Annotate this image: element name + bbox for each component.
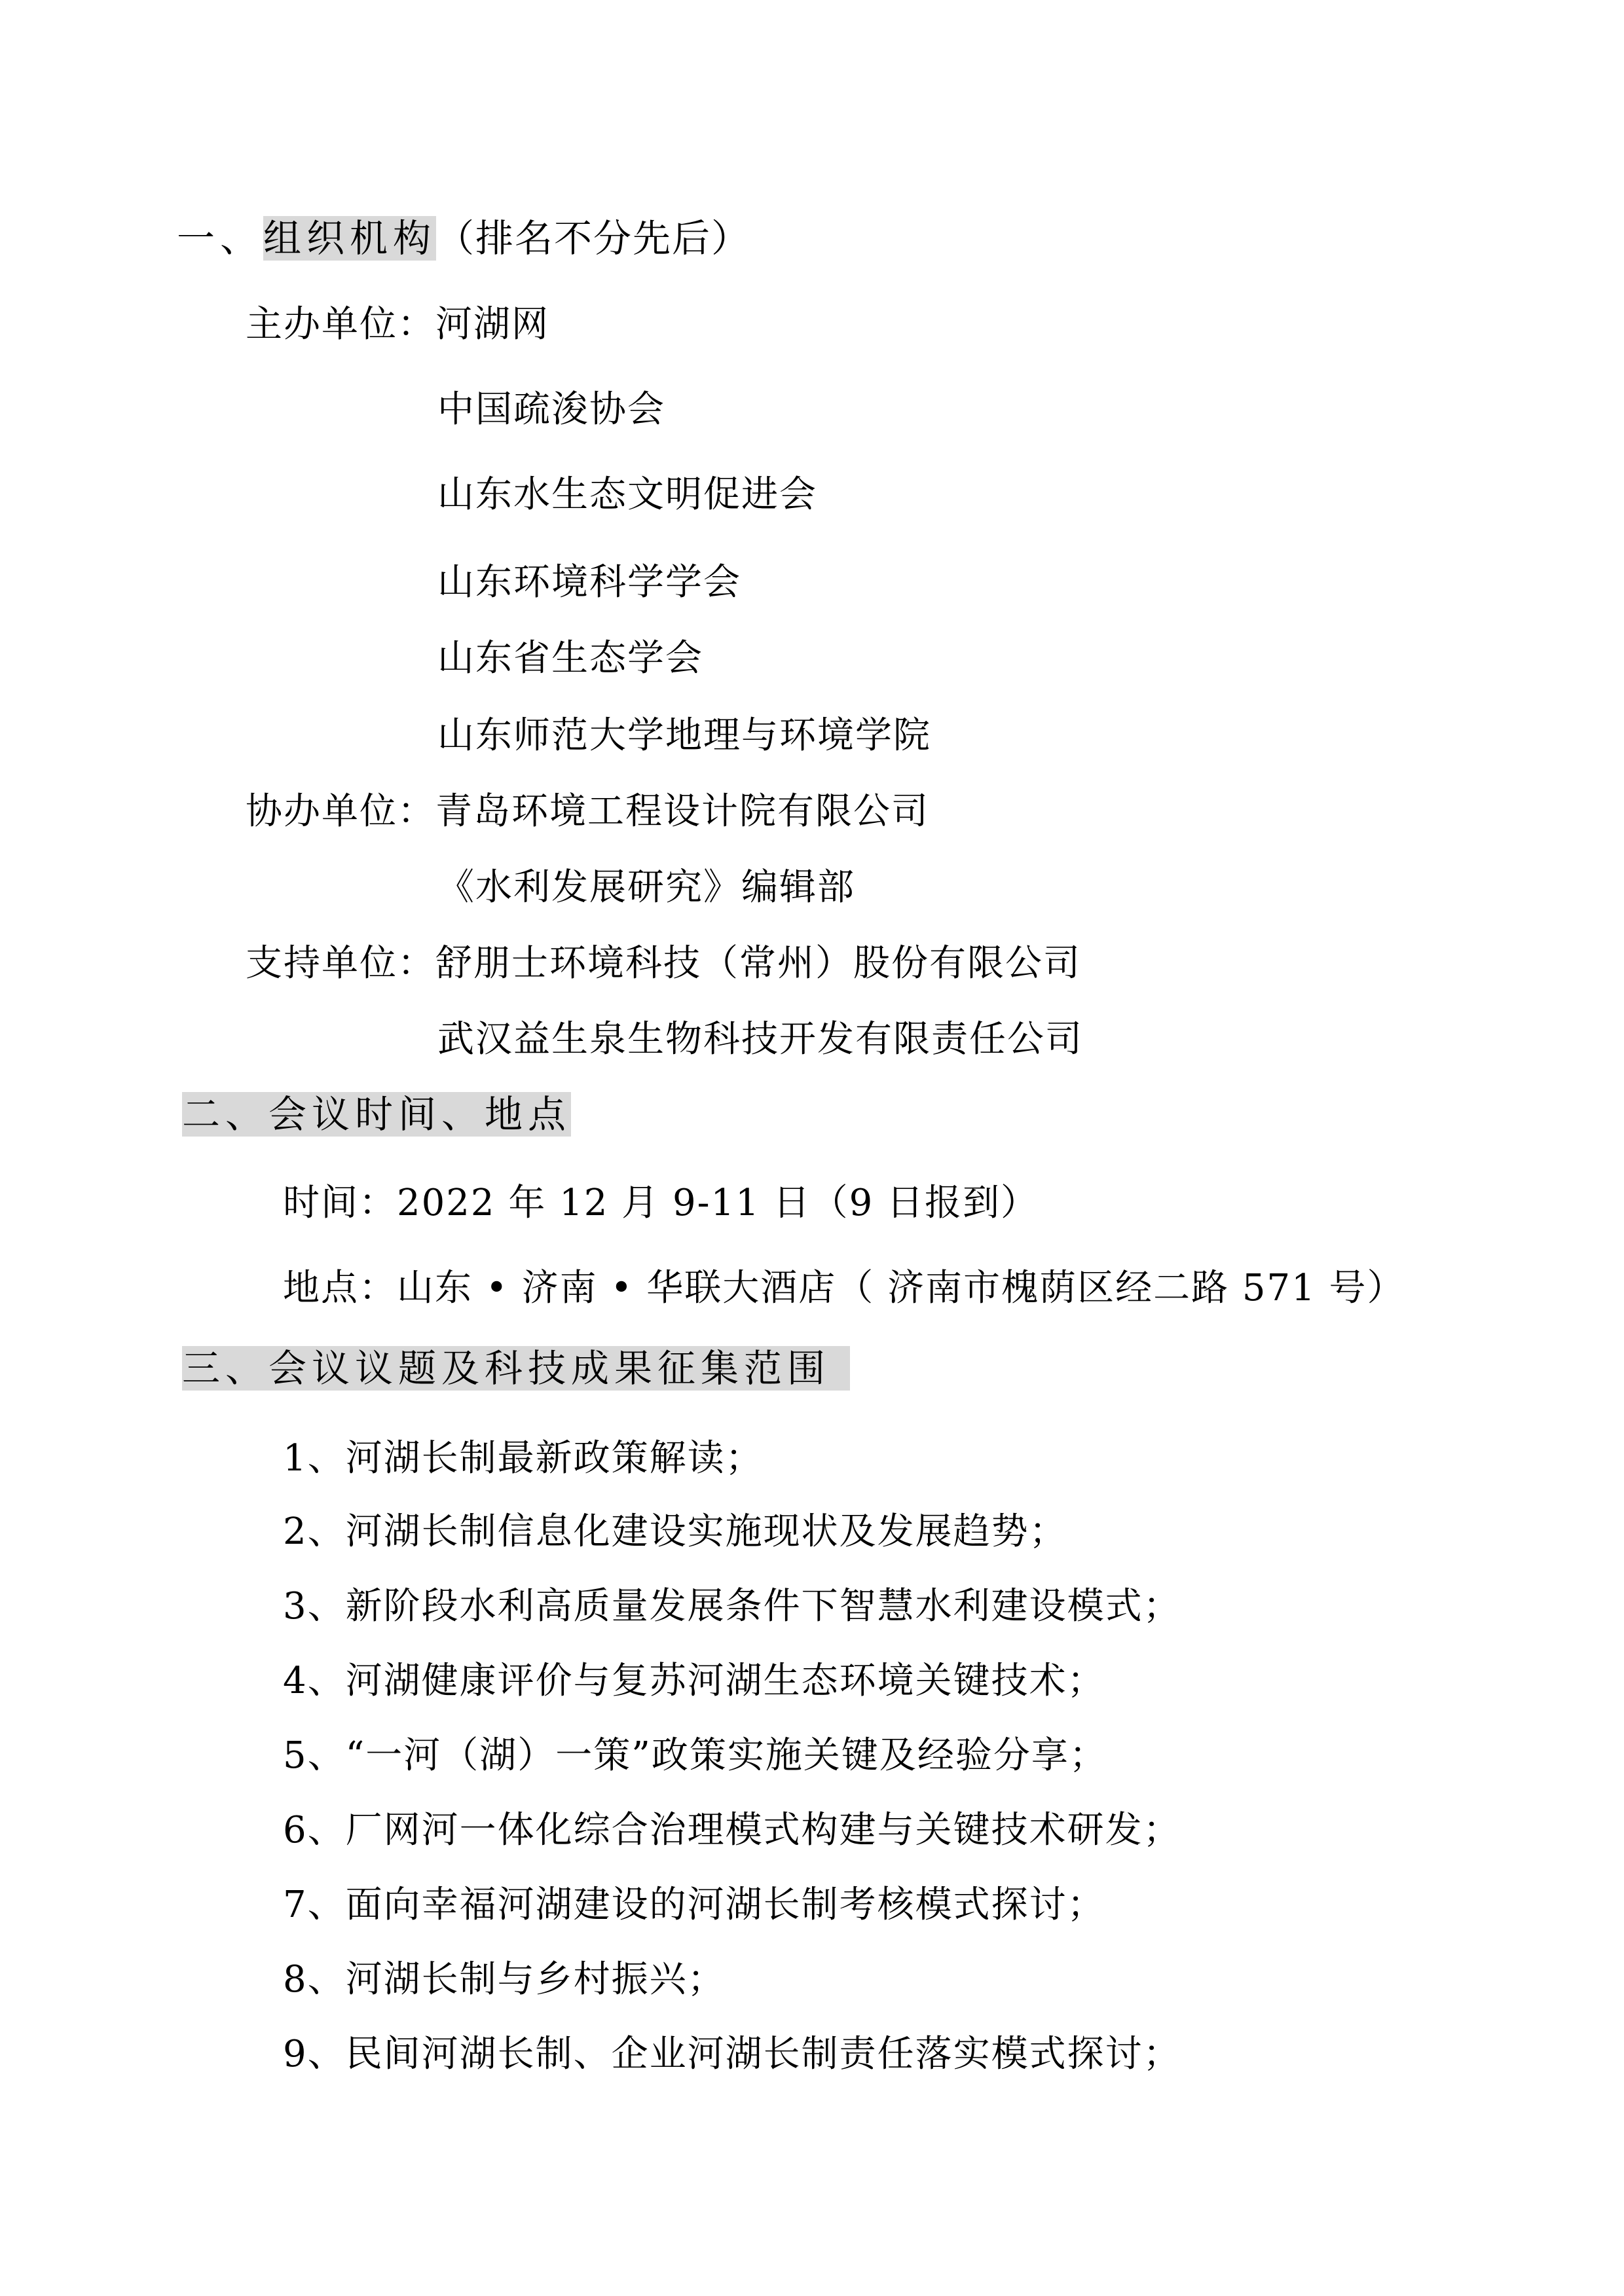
supporter-item: 武汉益生泉生物科技开发有限责任公司 bbox=[437, 1015, 1083, 1065]
section-2-heading: 二、会议时间、地点 bbox=[182, 1089, 571, 1139]
supporter-item: 舒朋士环境科技（常州）股份有限公司 bbox=[435, 942, 1081, 985]
topic-item: 4、河湖健康评价与复苏河湖生态环境关键技术； bbox=[283, 1656, 1105, 1706]
section-1-title: 组织机构 bbox=[263, 216, 436, 261]
section-1-note: （排名不分先后） bbox=[436, 216, 750, 261]
co-organizers-row: 协办单位：青岛环境工程设计院有限公司 bbox=[246, 787, 929, 837]
topic-item: 3、新阶段水利高质量发展条件下智慧水利建设模式； bbox=[283, 1582, 1181, 1631]
topic-item: 5、“一河（湖）一策”政策实施关键及经验分享； bbox=[283, 1731, 1107, 1781]
section-3-heading: 三、会议议题及科技成果征集范围 bbox=[182, 1343, 850, 1393]
topic-item: 6、厂网河一体化综合治理模式构建与关键技术研发； bbox=[283, 1806, 1181, 1855]
topic-item: 9、民间河湖长制、企业河湖长制责任落实模式探讨； bbox=[283, 2030, 1181, 2079]
section-1-heading: 一、组织机构（排名不分先后） bbox=[177, 213, 750, 263]
co-organizers-label: 协办单位： bbox=[246, 787, 435, 837]
topic-item: 2、河湖长制信息化建设实施现状及发展趋势； bbox=[283, 1507, 1067, 1557]
host-item: 山东环境科学学会 bbox=[437, 558, 741, 608]
supporters-label: 支持单位： bbox=[246, 939, 435, 989]
hosts-label: 主办单位： bbox=[246, 300, 435, 350]
host-item: 中国疏浚协会 bbox=[437, 385, 665, 435]
host-item: 山东省生态学会 bbox=[437, 634, 703, 683]
co-organizer-item: 《水利发展研究》编辑部 bbox=[437, 863, 855, 913]
host-item: 河湖网 bbox=[435, 303, 549, 346]
section-2-title: 二、会议时间、地点 bbox=[182, 1092, 571, 1137]
host-item: 山东水生态文明促进会 bbox=[437, 470, 817, 520]
section-1-prefix: 一、 bbox=[177, 216, 263, 261]
meeting-place: 地点：山东 • 济南 • 华联大酒店（ 济南市槐荫区经二路 571 号） bbox=[283, 1264, 1405, 1313]
section-3-title: 三、会议议题及科技成果征集范围 bbox=[182, 1346, 850, 1391]
meeting-time: 时间：2022 年 12 月 9-11 日（9 日报到） bbox=[283, 1178, 1039, 1228]
topic-item: 7、面向幸福河湖建设的河湖长制考核模式探讨； bbox=[283, 1880, 1105, 1930]
topic-item: 1、河湖长制最新政策解读； bbox=[283, 1434, 764, 1484]
topic-item: 8、河湖长制与乡村振兴； bbox=[283, 1955, 726, 2005]
hosts-row: 主办单位：河湖网 bbox=[246, 300, 549, 350]
host-item: 山东师范大学地理与环境学院 bbox=[437, 711, 931, 761]
co-organizer-item: 青岛环境工程设计院有限公司 bbox=[435, 790, 929, 833]
supporters-row: 支持单位：舒朋士环境科技（常州）股份有限公司 bbox=[246, 939, 1081, 989]
